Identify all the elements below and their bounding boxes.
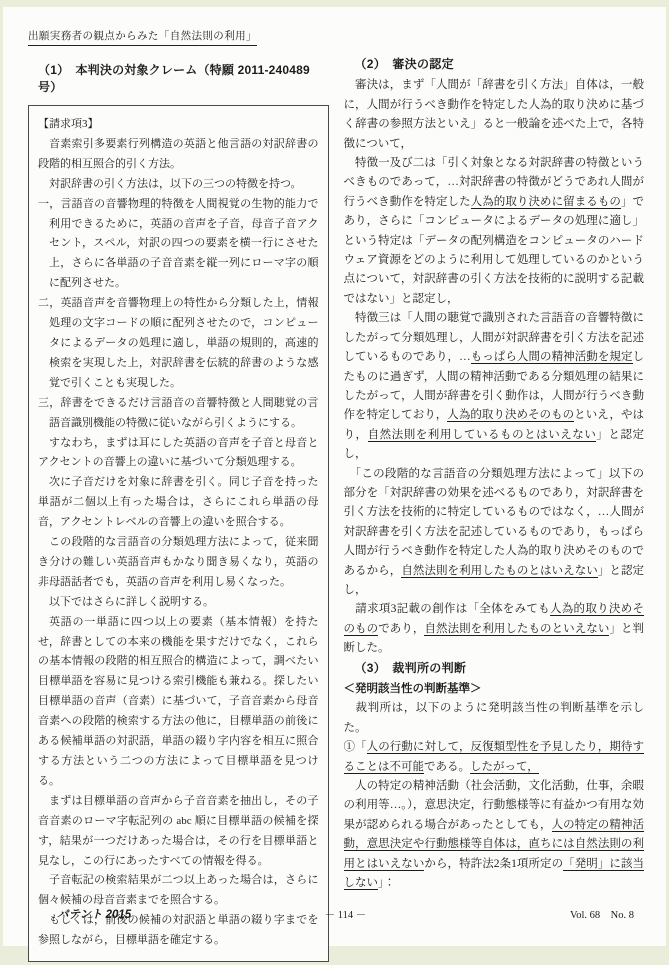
text-run: 請求項3記載の創作は「全体をみても (344, 603, 550, 615)
text-run: から，特許法2条1項所定の (424, 858, 563, 870)
underlined-text: 人為的取り決めに留まるもの (471, 196, 621, 209)
underlined-text: したがって， (470, 761, 539, 774)
paragraph: 音素索引多要素行列構造の英語と他言語の対訳辞書の段階的相互照合的引く方法。 (38, 135, 319, 175)
paragraph: 以下ではさらに詳しく説明する。 (38, 593, 319, 613)
section-heading: （3） 裁判所の判断 (344, 659, 645, 678)
text-run: 音素索引多要素行列構造の英語と他言語の対訳辞書の段階的相互照合的引く方法。 (38, 138, 319, 170)
right-column: （2） 審決の認定 審決は，まず「人間が「辞書を引く方法」自体は，一般に，人間が… (344, 55, 645, 876)
text-run: 「この段階的な言語音の分類処理方法によって」以下の部分を「対訳辞書の効果を述べる… (344, 468, 645, 577)
paragraph: 次に子音だけを対象に辞書を引く。同じ子音を持った単語が二個以上有った場合は，さら… (38, 473, 319, 533)
paragraph: 裁判所は，以下のように発明該当性の判断基準を示した。 (344, 699, 645, 738)
text-run: 一，言語音の音響物理的特徴を人間視覚の生物的能力で利用できるために，英語の音声を… (38, 198, 319, 290)
running-header-title: 出願実務者の観点からみた「自然法則の利用」 (28, 28, 257, 46)
underlined-text: 人為的取り決めそのもの (447, 409, 574, 422)
text-run: であり， (378, 623, 424, 635)
text-run: 以下ではさらに詳しく説明する。 (49, 596, 214, 608)
paragraph: 対訳辞書の引く方法は，以下の三つの特徴を持つ。 (38, 175, 319, 195)
text-run: ①「 (344, 741, 367, 753)
text-run: 」であり，さらに「コンピュータによるデータの処理に適し」という特定は「データの配… (344, 196, 645, 305)
text-run: 」： (378, 877, 395, 889)
text-run: まずは目標単語の音声から子音音素を抽出し，その子音音素のローマ字転記列の abc… (38, 795, 319, 867)
text-run: 英語の一単語に四つ以上の要素（基本情報）を持たせ，辞書としての本来の機能を果すだ… (38, 616, 319, 787)
paragraph: 審決は，まず「人間が「辞書を引く方法」自体は，一般に，人間が行うべき動作を特定し… (344, 76, 645, 154)
text-run: すなわち，まずは耳にした英語の音声を子音と母音とアクセントの音響上の違いに基づい… (38, 437, 319, 469)
text-run: 対訳辞書の引く方法は，以下の三つの特徴を持つ。 (49, 178, 302, 190)
paragraph: 英語の一単語に四つ以上の要素（基本情報）を持たせ，辞書としての本来の機能を果すだ… (38, 613, 319, 792)
text-run: 三，辞書をできるだけ言語音の音響特徴と人間聴覚の言語音識別機能の特徴に従いながら… (38, 397, 319, 429)
text-run: 審決は，まず「人間が「辞書を引く方法」自体は，一般に，人間が行うべき動作を特定し… (344, 79, 645, 149)
text-run: 【請求項3】 (38, 118, 99, 130)
footer-journal-name: パテント 2015 (31, 906, 249, 922)
underlined-text: 自然法則を利用したものといえない (424, 623, 609, 636)
left-column: （1） 本判決の対象クレーム（特願 2011-240489 号） 【請求項3】音… (28, 55, 329, 876)
text-run: 二，英語音声を音響物理上の特性から分類した上，情報処理の文字コードの順に配列させ… (38, 297, 319, 389)
section-subheading: ＜発明該当性の判断基準＞ (344, 680, 645, 699)
section-heading: （2） 審決の認定 (344, 55, 645, 74)
text-run: この段階的な言語音の分類処理方法によって，従来聞き分けの難しい英語音声もかなり聞… (38, 536, 319, 588)
paragraph: 【請求項3】 (38, 115, 319, 135)
paragraph: ①「人の行動に対して，反復類型性を予見したり，期待することは不可能である。したが… (344, 738, 645, 777)
paragraph: 三，辞書をできるだけ言語音の音響特徴と人間聴覚の言語音識別機能の特徴に従いながら… (38, 394, 319, 434)
two-column-layout: （1） 本判決の対象クレーム（特願 2011-240489 号） 【請求項3】音… (28, 55, 644, 876)
underlined-text: 自然法則を利用しているものとはいえない (368, 429, 597, 442)
paragraph: 一，言語音の音響物理的特徴を人間視覚の生物的能力で利用できるために，英語の音声を… (38, 195, 319, 295)
paragraph: この段階的な言語音の分類処理方法によって，従来聞き分けの難しい英語音声もかなり聞… (38, 533, 319, 593)
paragraph: まずは目標単語の音声から子音音素を抽出し，その子音音素のローマ字転記列の abc… (38, 792, 319, 872)
paragraph: 特徴三は「人間の聴覚で識別された言語音の音響特徴にしたがって分類処理し，人間が対… (344, 309, 645, 464)
underlined-text: 自然法則を利用したものとはいえない (401, 565, 598, 578)
paragraph: 特徴一及び二は「引く対象となる対訳辞書の特徴というべきものであって，…対訳辞書の… (344, 154, 645, 309)
paragraph: 請求項3記載の創作は「全体をみても人為的取り決めそのものであり，自然法則を利用し… (344, 600, 645, 658)
page-footer: パテント 2015 － 114 － Vol. 68 No. 8 (3, 906, 666, 922)
paragraph: 人の特定の精神活動（社会活動，文化活動，仕事，余暇の利用等…。），意思決定，行動… (344, 777, 645, 893)
section-heading-claim: （1） 本判決の対象クレーム（特願 2011-240489 号） (28, 61, 329, 95)
text-run: 子音転記の検索結果が二つ以上あった場合は，さらに個々候補の母音音素までを照合する… (38, 874, 319, 906)
text-run: 裁判所は，以下のように発明該当性の判断基準を示した。 (344, 702, 645, 733)
footer-volume-number: Vol. 68 No. 8 (442, 907, 638, 922)
paragraph: 「この段階的な言語音の分類処理方法によって」以下の部分を「対訳辞書の効果を述べる… (344, 465, 645, 601)
document-page: 出願実務者の観点からみた「自然法則の利用」 （1） 本判決の対象クレーム（特願 … (3, 7, 666, 946)
footer-page-number: － 114 － (249, 907, 441, 922)
paragraph: すなわち，まずは耳にした英語の音声を子音と母音とアクセントの音響上の違いに基づい… (38, 434, 319, 474)
claim-text-box: 【請求項3】音素索引多要素行列構造の英語と他言語の対訳辞書の段階的相互照合的引く… (28, 105, 329, 962)
paragraph: 二，英語音声を音響物理上の特性から分類した上，情報処理の文字コードの順に配列させ… (38, 294, 319, 394)
underlined-text: もっぱら人間の精神活動を規定 (471, 351, 633, 364)
text-run: 次に子音だけを対象に辞書を引く。同じ子音を持った単語が二個以上有った場合は，さら… (38, 476, 319, 528)
text-run: である。 (424, 761, 470, 773)
